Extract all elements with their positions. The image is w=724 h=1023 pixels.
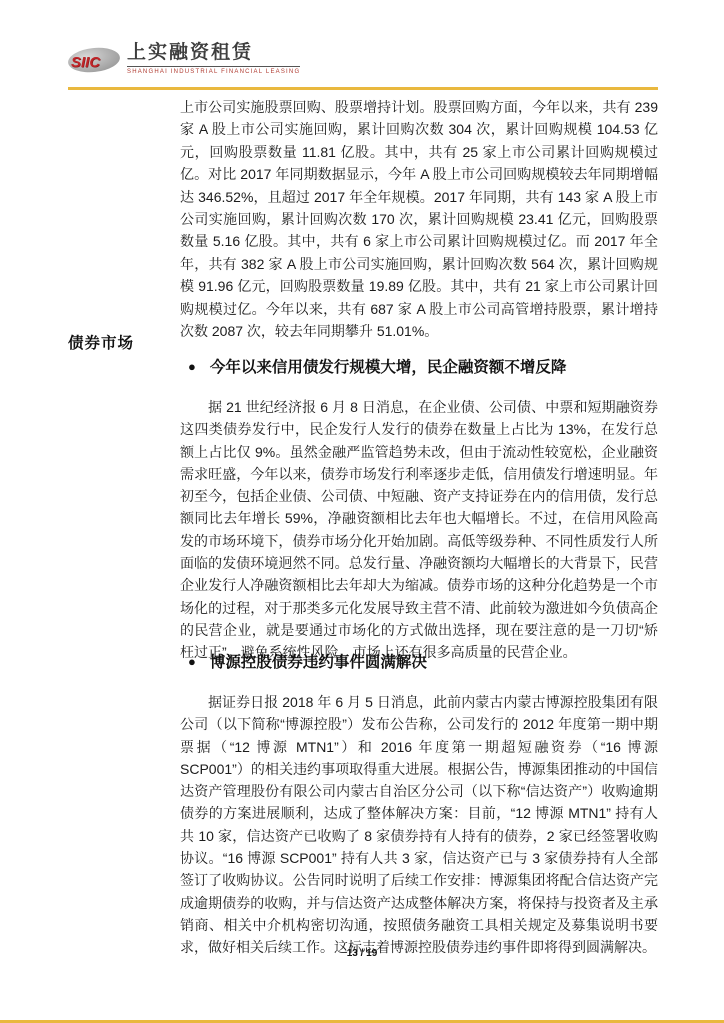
bullet-heading-boyuan-default: ● 博源控股债券违约事件圆满解决 — [188, 650, 658, 672]
paragraph-credit-bonds: 据 21 世纪经济报 6 月 8 日消息，在企业债、公司债、中票和短期融资券这四… — [180, 396, 658, 664]
page-number: 13 / 19 — [0, 948, 724, 959]
paragraph-boyuan-default: 据证券日报 2018 年 6 月 5 日消息，此前内蒙古内蒙古博源控股集团有限公… — [180, 691, 658, 959]
header-rule — [68, 87, 658, 90]
bullet-heading-credit-bonds: ● 今年以来信用债发行规模大增，民企融资额不增反降 — [188, 355, 658, 377]
company-name-en: SHANGHAI INDUSTRIAL FINANCIAL LEASING — [127, 69, 300, 75]
logo-siic-text: SIIC — [71, 54, 100, 71]
report-page: SIIC 上实融资租赁 SHANGHAI INDUSTRIAL FINANCIA… — [0, 0, 724, 1023]
bullet-icon: ● — [188, 655, 196, 668]
company-name-cn: 上实融资租赁 — [127, 42, 300, 67]
bullet-heading-label: 博源控股债券违约事件圆满解决 — [210, 650, 427, 672]
page-header: SIIC 上实融资租赁 SHANGHAI INDUSTRIAL FINANCIA… — [68, 42, 300, 75]
bullet-icon: ● — [188, 360, 196, 373]
bullet-heading-label: 今年以来信用债发行规模大增，民企融资额不增反降 — [210, 355, 567, 377]
logo-wordmark: 上实融资租赁 SHANGHAI INDUSTRIAL FINANCIAL LEA… — [127, 42, 300, 75]
intro-paragraph: 上市公司实施股票回购、股票增持计划。股票回购方面，今年以来，共有 239 家 A… — [180, 96, 658, 342]
section-title-bond-market: 债券市场 — [68, 331, 134, 353]
siic-logo-icon: SIIC — [68, 48, 120, 74]
